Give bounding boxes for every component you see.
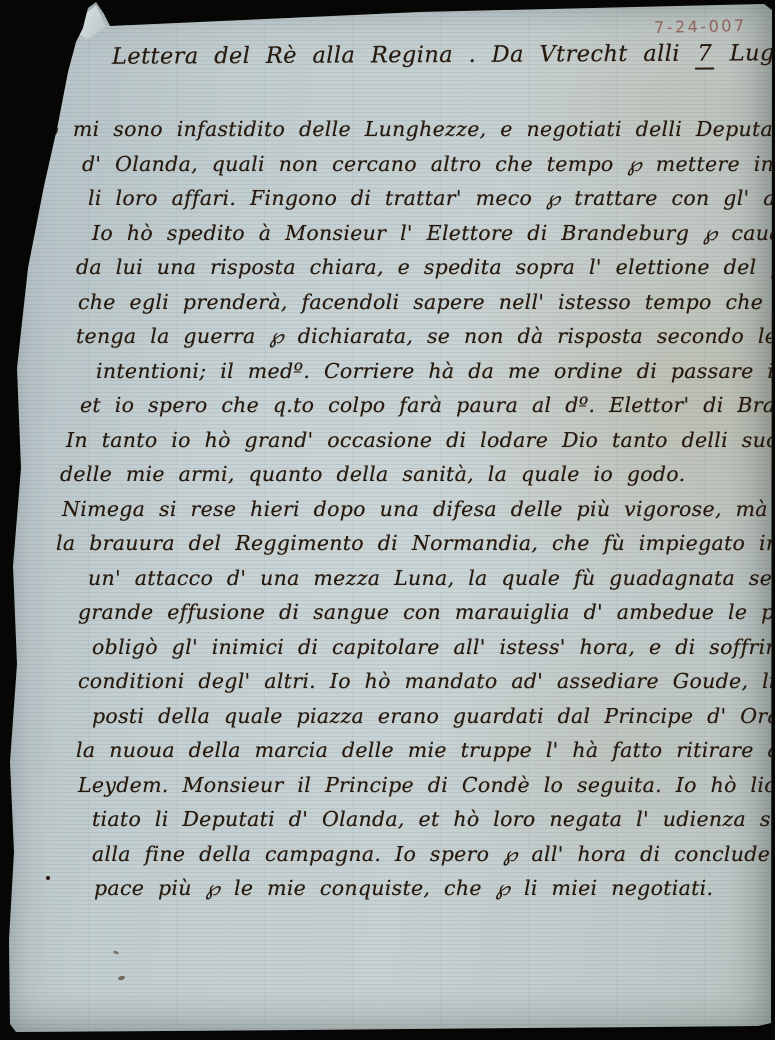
ink-dot — [46, 876, 50, 880]
letter-line: grande effusione di sangue con marauigli… — [78, 595, 769, 630]
letter-body: Io mi sono infastidito delle Lunghezze, … — [38, 112, 769, 906]
letter-paper: 7-24-007 Lettera del Rè alla Regina . Da… — [0, 0, 775, 1040]
letter-line: da lui una risposta chiara, e spedita so… — [76, 250, 769, 285]
letter-line: Leydem. Monsieur il Principe di Condè lo… — [78, 768, 769, 803]
letter-line: la nuoua della marcia delle mie truppe l… — [76, 733, 769, 768]
letter-line: la brauura del Reggimento di Normandia, … — [56, 526, 769, 561]
photo-background: 7-24-007 Lettera del Rè alla Regina . Da… — [0, 0, 775, 1040]
letter-line: conditioni degl' altri. Io hò mandato ad… — [78, 664, 769, 699]
title-day-underlined: 7 — [695, 41, 714, 70]
ink-smudge — [118, 975, 126, 981]
ink-smudge — [113, 950, 120, 955]
letter-line: intentioni; il medº. Corriere hà da me o… — [96, 354, 769, 389]
letter-line: obligò gl' inimici di capitolare all' is… — [92, 630, 769, 665]
letter-line: d' Olanda, quali non cercano altro che t… — [82, 147, 769, 182]
archival-number: 7-24-007 — [654, 16, 747, 37]
letter-line: posti della quale piazza erano guardati … — [92, 699, 769, 734]
title-text: Lettera del Rè alla Regina . Da Vtrecht … — [112, 41, 696, 70]
letter-line: pace più ℘ le mie conquiste, che ℘ li mi… — [94, 871, 769, 906]
torn-corner-flap — [76, 5, 106, 39]
letter-line: tenga la guerra ℘ dichiarata, se non dà … — [76, 319, 769, 354]
letter-line: delle mie armi, quanto della sanità, la … — [60, 457, 769, 492]
letter-line: alla fine della campagna. Io spero ℘ all… — [92, 837, 769, 872]
letter-line: et io spero che q.to colpo farà paura al… — [80, 388, 769, 423]
letter-line: Io hò spedito à Monsieur l' Elettore di … — [92, 216, 769, 251]
title-date: Luglio 1672 — [714, 40, 775, 67]
letter-line: In tanto io hò grand' occasione di lodar… — [66, 423, 769, 458]
letter-line: Io mi sono infastidito delle Lunghezze, … — [38, 112, 769, 147]
letter-line: Nimega si rese hieri dopo una difesa del… — [62, 492, 769, 527]
letter-title: Lettera del Rè alla Regina . Da Vtrecht … — [112, 40, 761, 69]
letter-line: un' attacco d' una mezza Luna, la quale … — [88, 561, 769, 596]
letter-line: che egli prenderà, facendoli sapere nell… — [78, 285, 769, 320]
letter-line: li loro affari. Fingono di trattar' meco… — [88, 181, 769, 216]
letter-line: tiato li Deputati d' Olanda, et hò loro … — [92, 802, 769, 837]
